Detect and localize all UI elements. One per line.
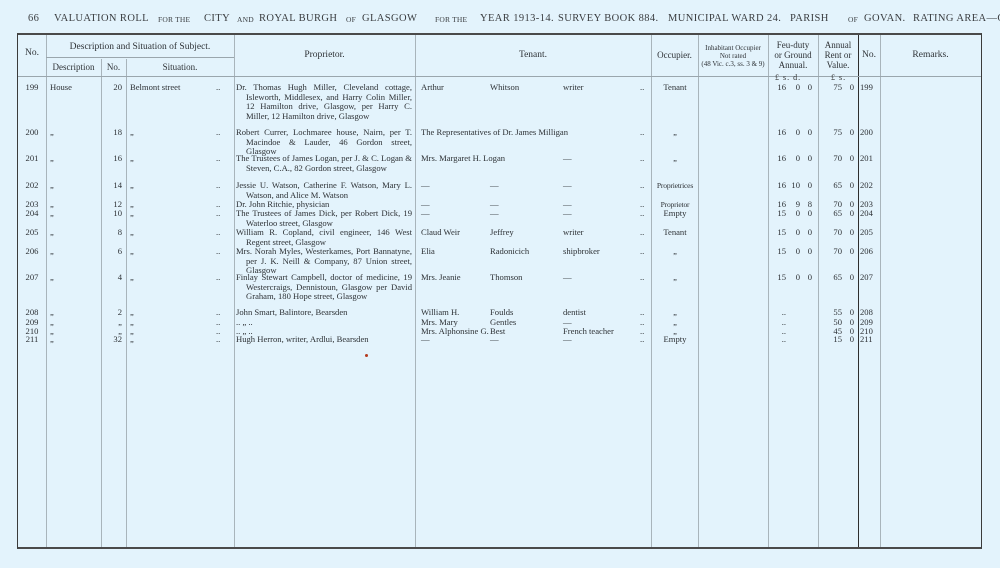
header-rule [46,57,234,58]
cell-rent-s: 0 [844,273,854,283]
cell-tenant-first: The Representatives of Dr. James Milliga… [421,128,641,138]
cell-description: „ [50,128,100,138]
rent-line: Rent or [818,50,858,60]
cell-tdots: .. [640,181,650,191]
cell-dots: .. [216,247,228,257]
col-header-no-right: No. [858,50,880,61]
cell-tenant-first: — [421,209,501,219]
cell-no: 200 [22,128,42,138]
inhabitant-line: Not rated [698,52,768,60]
cell-feu-l: 15 [772,247,786,257]
inhabitant-line: (48 Vic. c.3, ss. 3 & 9) [698,60,768,68]
cell-feu-s: 0 [788,273,800,283]
cell-occupier: „ [652,128,698,138]
cell-description: „ [50,154,100,164]
col-header-occupier: Occupier. [651,50,698,61]
cell-feu-s: 0 [788,154,800,164]
cell-street-no: 10 [102,209,122,219]
cell-proprietor: The Trustees of James Logan, per J. & C.… [236,154,412,173]
cell-rent-s: 0 [844,181,854,191]
cell-feu-l: 16 [772,181,786,191]
cell-description: „ [50,181,100,191]
cell-feu-l: 16 [772,128,786,138]
cell-tenant-occ: writer [563,228,633,238]
cell-tdots: .. [640,83,650,93]
cell-rent-l: 15 [828,335,842,345]
cell-rent-s: 0 [844,335,854,345]
cell-feu-d: 0 [802,83,812,93]
cell-description: House [50,83,100,93]
cell-feu-l: 16 [772,83,786,93]
cell-proprietor: Finlay Stewart Campbell, doctor of medic… [236,273,412,302]
title-valuation-roll: VALUATION ROLL [54,13,149,24]
cell-dots: .. [216,154,228,164]
cell-tenant-first: Mrs. Jeanie [421,273,501,283]
cell-tenant-last: Thomson [490,273,560,283]
cell-proprietor: Hugh Herron, writer, Ardlui, Bearsden [236,335,412,345]
cell-feu-d: 0 [802,154,812,164]
column-rule [651,35,652,547]
col-header-description: Description [46,62,101,73]
col-header-tenant: Tenant. [415,50,651,61]
column-rule [880,35,881,547]
column-rule [234,35,235,547]
cell-no2: 200 [860,128,878,138]
valuation-ledger-table: No. Description and Situation of Subject… [17,33,982,549]
cell-feu-d: 0 [802,273,812,283]
inhabitant-line: Inhabitant Occupier [698,44,768,52]
cell-feu-d: 0 [802,128,812,138]
cell-rent-l: 75 [828,83,842,93]
cell-no: 206 [22,247,42,257]
cell-tenant-occ: — [563,335,633,345]
title-word: OF [346,15,356,24]
cell-description: „ [50,308,100,318]
cell-description: „ [50,247,100,257]
feu-line: or Ground [768,50,818,60]
cell-tenant-last: Jeffrey [490,228,560,238]
feu-units: £ s. d. [775,73,801,82]
cell-situation: „ [130,128,210,138]
column-rule [46,35,47,547]
cell-dots: .. [216,209,228,219]
cell-feu-l: .. [772,335,786,345]
col-header-description-group: Description and Situation of Subject. [46,42,234,53]
page-number: 66 [28,13,39,24]
cell-dots: .. [216,273,228,283]
cell-tenant-first: — [421,335,501,345]
cell-description: „ [50,228,100,238]
col-header-no: No. [18,48,46,59]
cell-tenant-first: — [421,181,501,191]
cell-occupier: Empty [652,209,698,219]
cell-no: 202 [22,181,42,191]
cell-rent-l: 75 [828,128,842,138]
cell-proprietor: Dr. Thomas Hugh Miller, Cleveland cottag… [236,83,412,121]
cell-tenant-last: — [490,181,560,191]
cell-situation: „ [130,181,210,191]
cell-rent-l: 65 [828,273,842,283]
cell-situation: „ [130,209,210,219]
cell-tenant-last: Whitson [490,83,560,93]
column-rule [126,59,127,547]
cell-no: 204 [22,209,42,219]
cell-rent-s: 0 [844,228,854,238]
cell-description: „ [50,273,100,283]
cell-feu-l: 16 [772,154,786,164]
cell-rent-s: 0 [844,247,854,257]
rent-line: Annual [818,40,858,50]
cell-proprietor: The Trustees of James Dick, per Robert D… [236,209,412,228]
rating-area: RATING AREA—GLASGOW. [913,13,1000,24]
cell-no: 205 [22,228,42,238]
col-header-annual-rent: Annual Rent or Value. [818,40,858,70]
cell-situation: „ [130,273,210,283]
cell-tenant-first: Claud Weir [421,228,501,238]
cell-dots: .. [216,228,228,238]
cell-proprietor: John Smart, Balintore, Bearsden [236,308,412,318]
cell-no2: 205 [860,228,878,238]
cell-street-no: 6 [102,247,122,257]
page-header: 66 VALUATION ROLL FOR THE CITY AND ROYAL… [28,13,980,27]
cell-tdots: .. [640,228,650,238]
cell-tdots: .. [640,335,650,345]
parish-label: PARISH [790,13,829,24]
cell-situation: „ [130,154,210,164]
cell-no2: 202 [860,181,878,191]
cell-street-no: 20 [102,83,122,93]
cell-no2: 201 [860,154,878,164]
column-rule-heavy [858,35,859,547]
title-glasgow: GLASGOW [362,13,417,24]
cell-feu-s: 0 [788,228,800,238]
cell-feu-d: 0 [802,228,812,238]
cell-no2: 204 [860,209,878,219]
cell-feu-l: 15 [772,273,786,283]
survey-book: SURVEY BOOK 884. [558,13,659,24]
cell-description: „ [50,209,100,219]
cell-no2: 207 [860,273,878,283]
cell-tenant-occ: — [563,154,633,164]
cell-rent-s: 0 [844,83,854,93]
col-header-feu-duty: Feu-duty or Ground Annual. [768,40,818,70]
title-year: YEAR 1913-14. [480,13,554,24]
cell-proprietor: William R. Copland, civil engineer, 146 … [236,228,412,247]
title-burgh: ROYAL BURGH [259,13,337,24]
cell-occupier: Tenant [652,228,698,238]
title-word: AND [237,15,254,24]
cell-rent-l: 70 [828,247,842,257]
cell-tenant-last: — [490,209,560,219]
column-rule [768,35,769,547]
cell-street-no: 14 [102,181,122,191]
cell-occupier: „ [652,154,698,164]
cell-feu-s: 0 [788,83,800,93]
cell-tenant-occ: — [563,273,633,283]
cell-tenant-occ: shipbroker [563,247,633,257]
cell-tdots: .. [640,154,650,164]
cell-dots: .. [216,181,228,191]
cell-situation: Belmont street [130,83,210,93]
cell-rent-l: 65 [828,209,842,219]
cell-occupier: „ [652,247,698,257]
feu-line: Annual. [768,60,818,70]
cell-tdots: .. [640,128,650,138]
cell-dots: .. [216,335,228,345]
cell-street-no: 18 [102,128,122,138]
cell-no: 207 [22,273,42,283]
rent-units: £ s. [831,73,846,82]
cell-dots: .. [216,128,228,138]
cell-tenant-first: Arthur [421,83,501,93]
municipal-ward: MUNICIPAL WARD 24. [668,13,781,24]
cell-situation: „ [130,228,210,238]
cell-situation: „ [130,335,210,345]
cell-situation: „ [130,247,210,257]
cell-feu-d: 0 [802,181,812,191]
cell-tenant-occ: writer [563,83,633,93]
cell-rent-s: 0 [844,154,854,164]
cell-street-no: 16 [102,154,122,164]
cell-street-no: 4 [102,273,122,283]
cell-proprietor: Jessie U. Watson, Catherine F. Watson, M… [236,181,412,200]
cell-tdots: .. [640,209,650,219]
cell-tdots: .. [640,247,650,257]
parish-name: GOVAN. [864,13,906,24]
cell-feu-s: 0 [788,209,800,219]
cell-feu-s: 0 [788,247,800,257]
feu-line: Feu-duty [768,40,818,50]
cell-street-no: 8 [102,228,122,238]
col-header-street-no: No. [101,62,126,73]
cell-feu-d: 0 [802,247,812,257]
column-rule [415,35,416,547]
cell-description: „ [50,335,100,345]
column-rule [818,35,819,547]
cell-occupier: Proprietrices [652,181,698,191]
cell-feu-s: 10 [788,181,800,191]
cell-occupier: „ [652,273,698,283]
ink-spot [365,354,368,357]
cell-tenant-first: Elia [421,247,501,257]
cell-tenant-occ: — [563,181,633,191]
cell-no: 211 [22,335,42,345]
col-header-proprietor: Proprietor. [234,50,415,61]
cell-no: 201 [22,154,42,164]
cell-rent-l: 70 [828,154,842,164]
cell-rent-l: 65 [828,181,842,191]
cell-dots: .. [216,83,228,93]
cell-feu-d: 0 [802,209,812,219]
cell-situation: „ [130,308,210,318]
rent-line: Value. [818,60,858,70]
col-header-inhabitant: Inhabitant Occupier Not rated (48 Vic. c… [698,44,768,68]
cell-feu-l: 15 [772,228,786,238]
cell-occupier: Empty [652,335,698,345]
cell-no2: 206 [860,247,878,257]
cell-tenant-occ: — [563,209,633,219]
cell-no: 199 [22,83,42,93]
cell-no2: 199 [860,83,878,93]
cell-feu-l: 15 [772,209,786,219]
cell-tenant-last: Radonicich [490,247,560,257]
title-word: FOR THE [435,15,467,24]
cell-rent-s: 0 [844,128,854,138]
column-rule [698,35,699,547]
title-word: OF [848,15,858,24]
cell-no2: 211 [860,335,878,345]
cell-tenant-last: — [490,335,560,345]
cell-tenant-occ: dentist [563,308,633,318]
col-header-remarks: Remarks. [880,50,981,61]
title-word: FOR THE [158,15,190,24]
cell-occupier: Tenant [652,83,698,93]
cell-tdots: .. [640,273,650,283]
cell-street-no: 32 [102,335,122,345]
col-header-situation: Situation. [126,62,234,73]
cell-feu-s: 0 [788,128,800,138]
title-city: CITY [204,13,230,24]
cell-rent-l: 70 [828,228,842,238]
cell-rent-s: 0 [844,209,854,219]
